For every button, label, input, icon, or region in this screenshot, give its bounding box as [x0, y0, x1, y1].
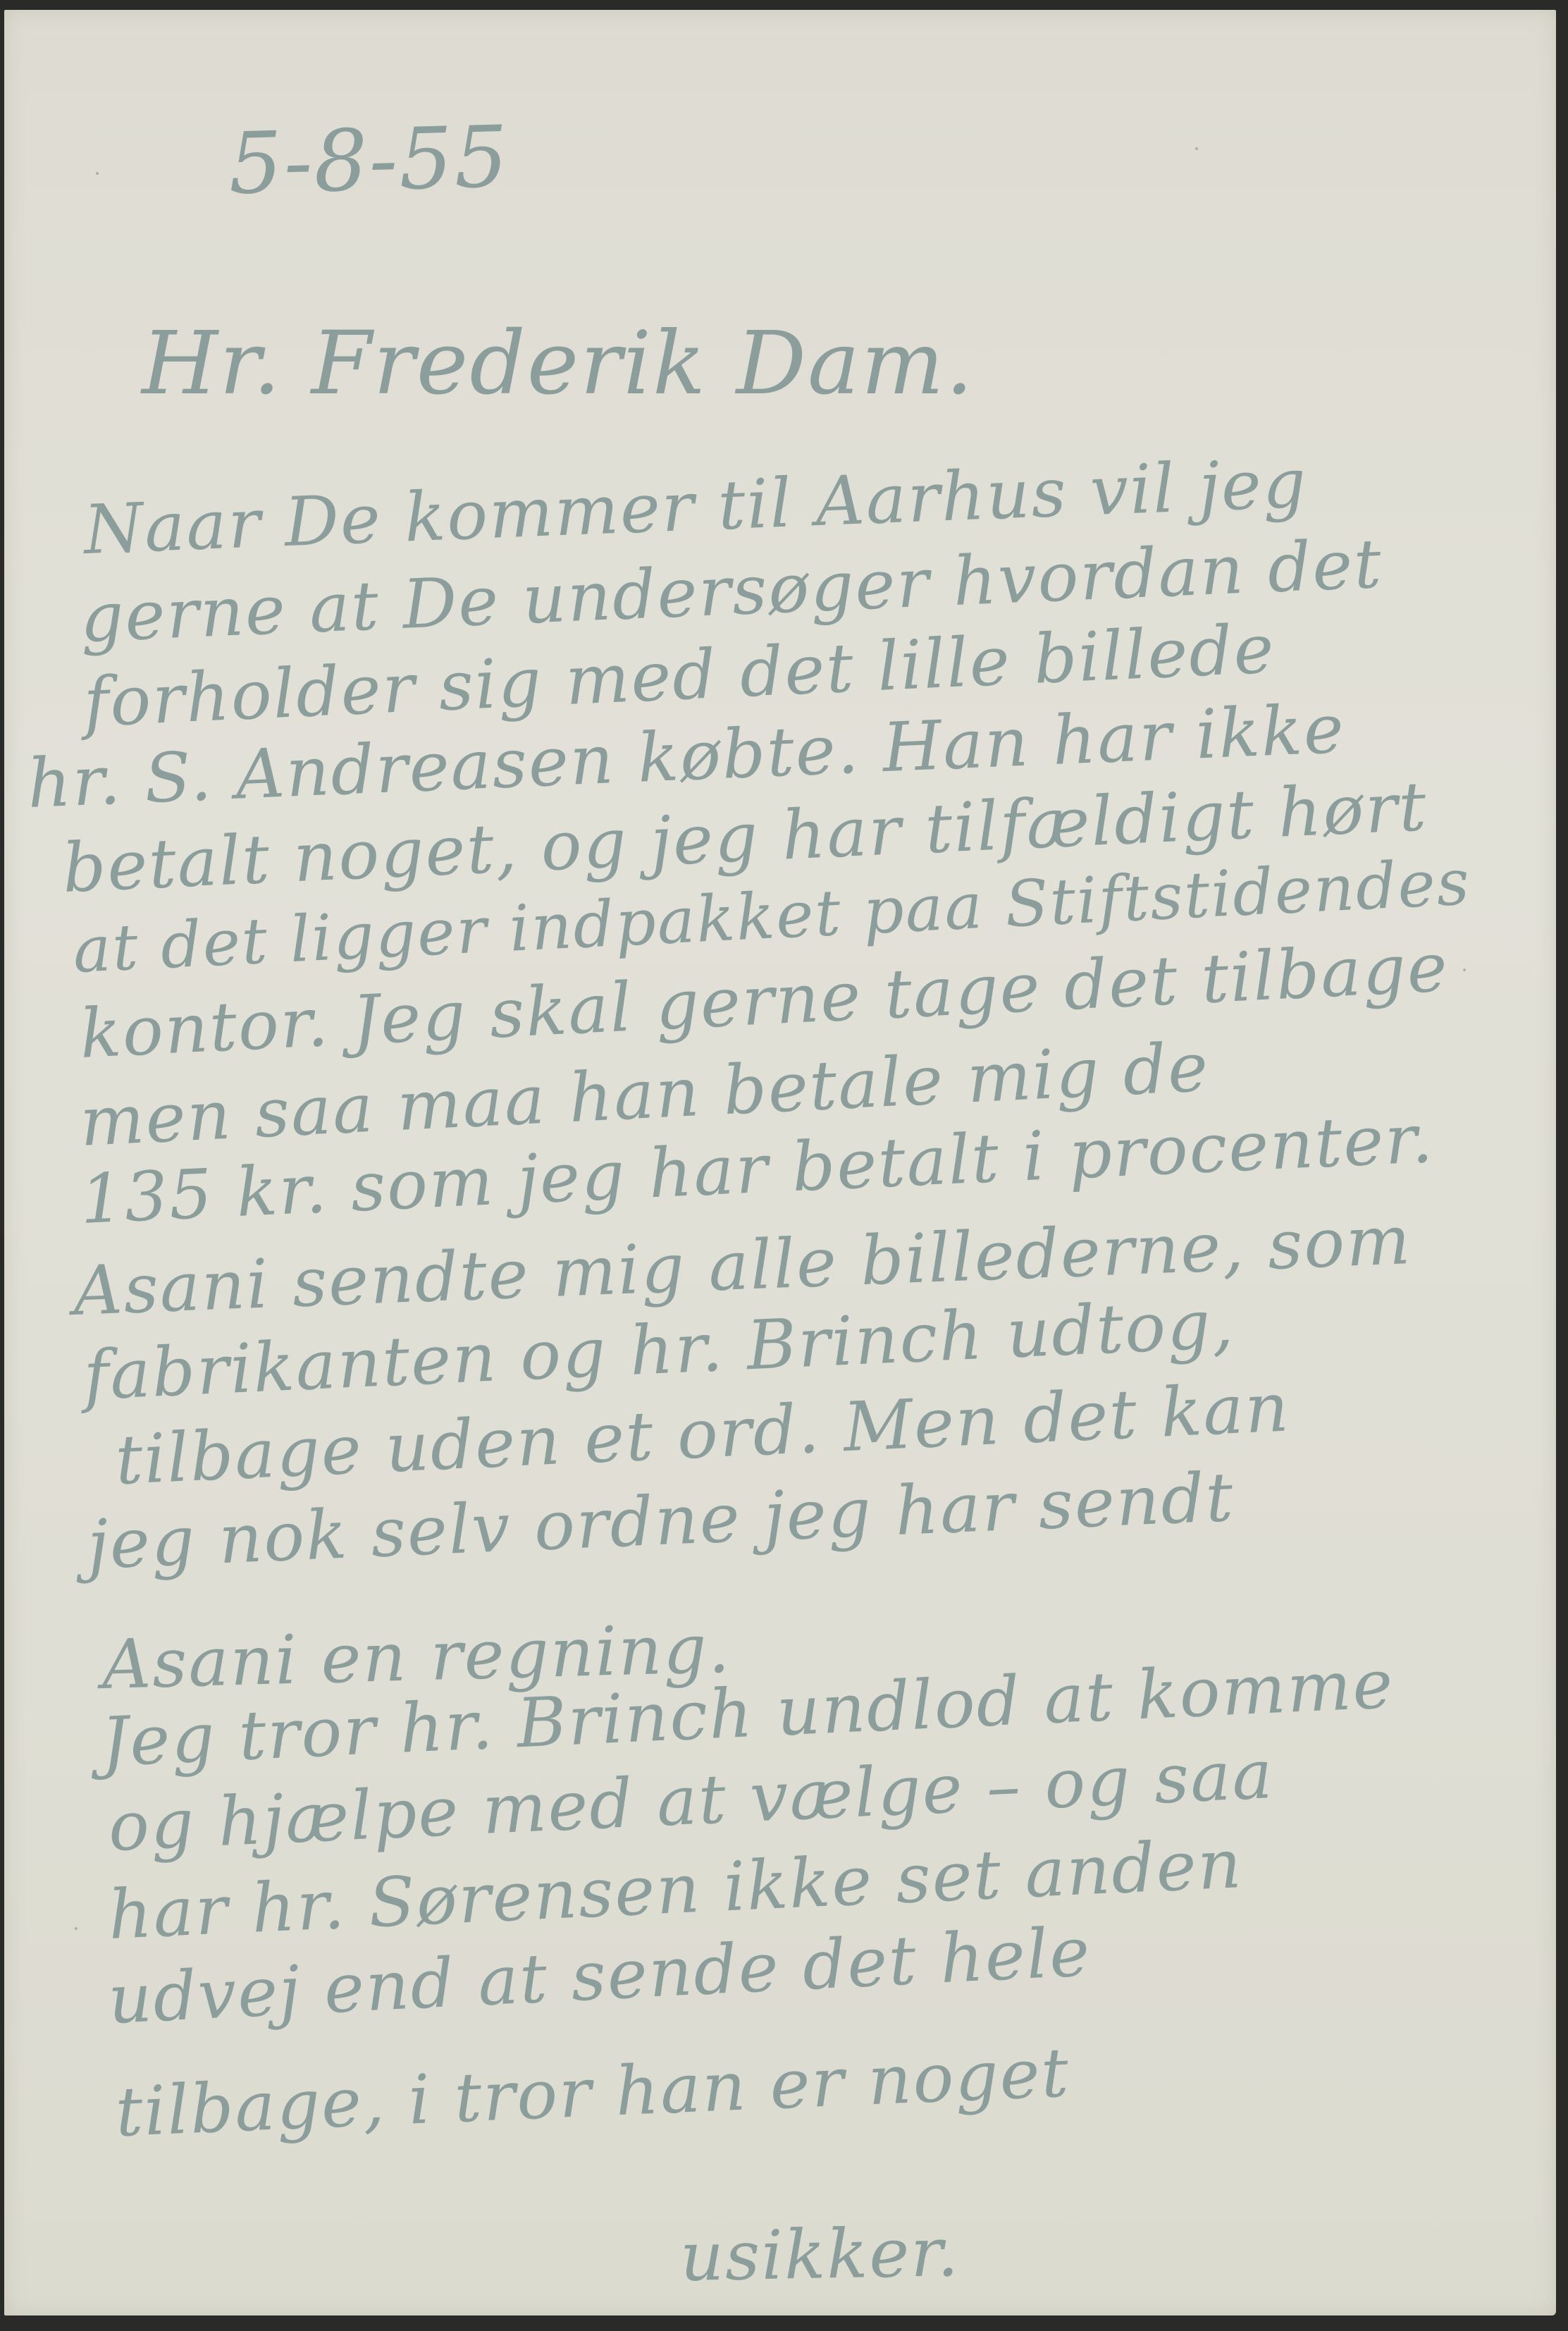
letter-line: tilbage, i tror han er noget [114, 2038, 1071, 2146]
paper-speck [1195, 147, 1198, 150]
letter-salutation: Hr. Frederik Dam. [142, 320, 975, 407]
paper-speck [96, 172, 99, 175]
letter-paper: 5-8-55 Hr. Frederik Dam. Naar De kommer … [4, 10, 1556, 2315]
letter-closing-line: usikker. [679, 2218, 960, 2291]
letter-date: 5-8-55 [228, 116, 510, 207]
paper-speck [1463, 968, 1466, 971]
paper-speck [75, 1927, 78, 1930]
